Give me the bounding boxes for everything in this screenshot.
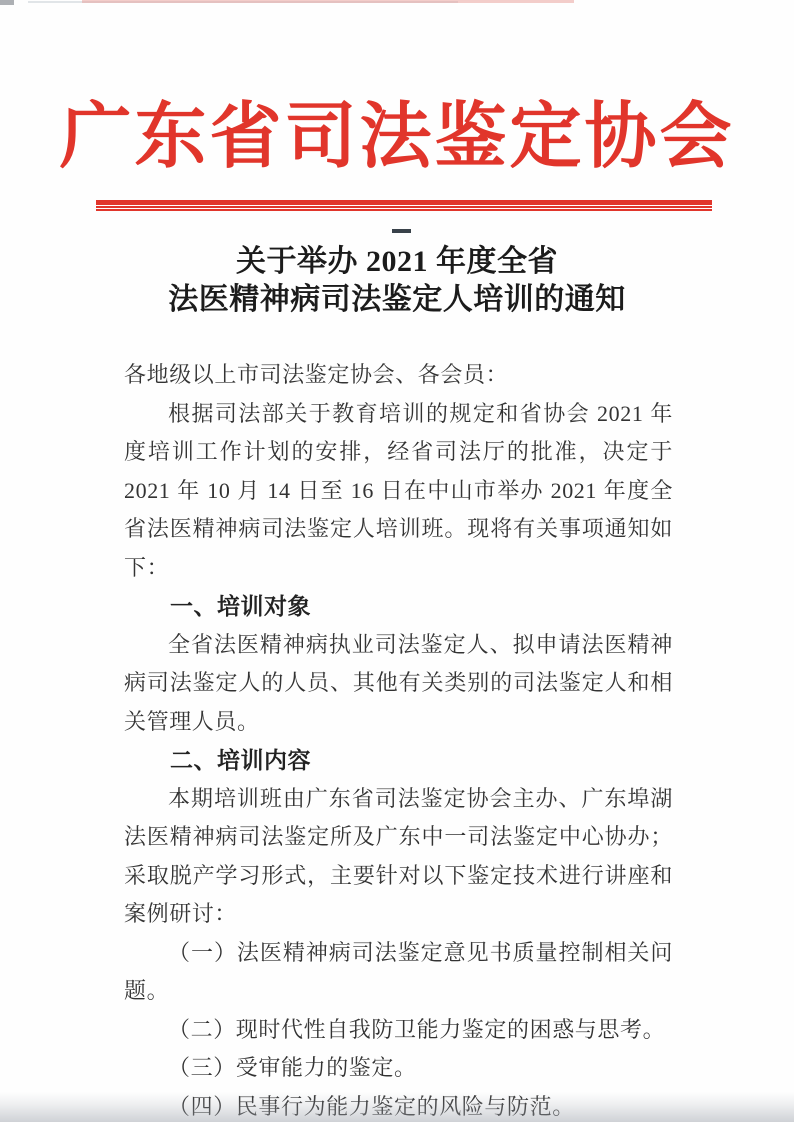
greeting-line: 各地级以上市司法鉴定协会、各会员： [124,356,673,395]
scan-top-left-speck [0,0,14,5]
letterhead-title: 广东省司法鉴定协会 [0,92,794,182]
document-title-line1: 关于举办 2021 年度全省 [0,243,794,281]
separator-dash [392,229,411,233]
document-title: 关于举办 2021 年度全省 法医精神病司法鉴定人培训的通知 [0,243,794,319]
list-item: （一）法医精神病司法鉴定意见书质量控制相关问题。 [124,934,673,1011]
section-heading-2: 二、培训内容 [124,741,673,780]
document-body: 各地级以上市司法鉴定协会、各会员： 根据司法部关于教育培训的规定和省协会 202… [124,356,673,1122]
list-item: （二）现时代性自我防卫能力鉴定的困惑与思考。 [124,1011,673,1050]
scan-top-red-smudge [82,0,574,3]
scan-bottom-shadow [0,1092,794,1122]
document-title-line2: 法医精神病司法鉴定人培训的通知 [0,281,794,319]
section-2-paragraph: 本期培训班由广东省司法鉴定协会主办、广东埠湖法医精神病司法鉴定所及广东中一司法鉴… [124,780,673,934]
section-1-paragraph: 全省法医精神病执业司法鉴定人、拟申请法医精神病司法鉴定人的人员、其他有关类别的司… [124,626,673,742]
letterhead-rule [96,200,712,211]
list-item: （三）受审能力的鉴定。 [124,1049,673,1088]
scanned-notice-page: 广东省司法鉴定协会 关于举办 2021 年度全省 法医精神病司法鉴定人培训的通知… [0,0,794,1122]
intro-paragraph: 根据司法部关于教育培训的规定和省协会 2021 年度培训工作计划的安排，经省司法… [124,395,673,588]
section-heading-1: 一、培训对象 [124,587,673,626]
